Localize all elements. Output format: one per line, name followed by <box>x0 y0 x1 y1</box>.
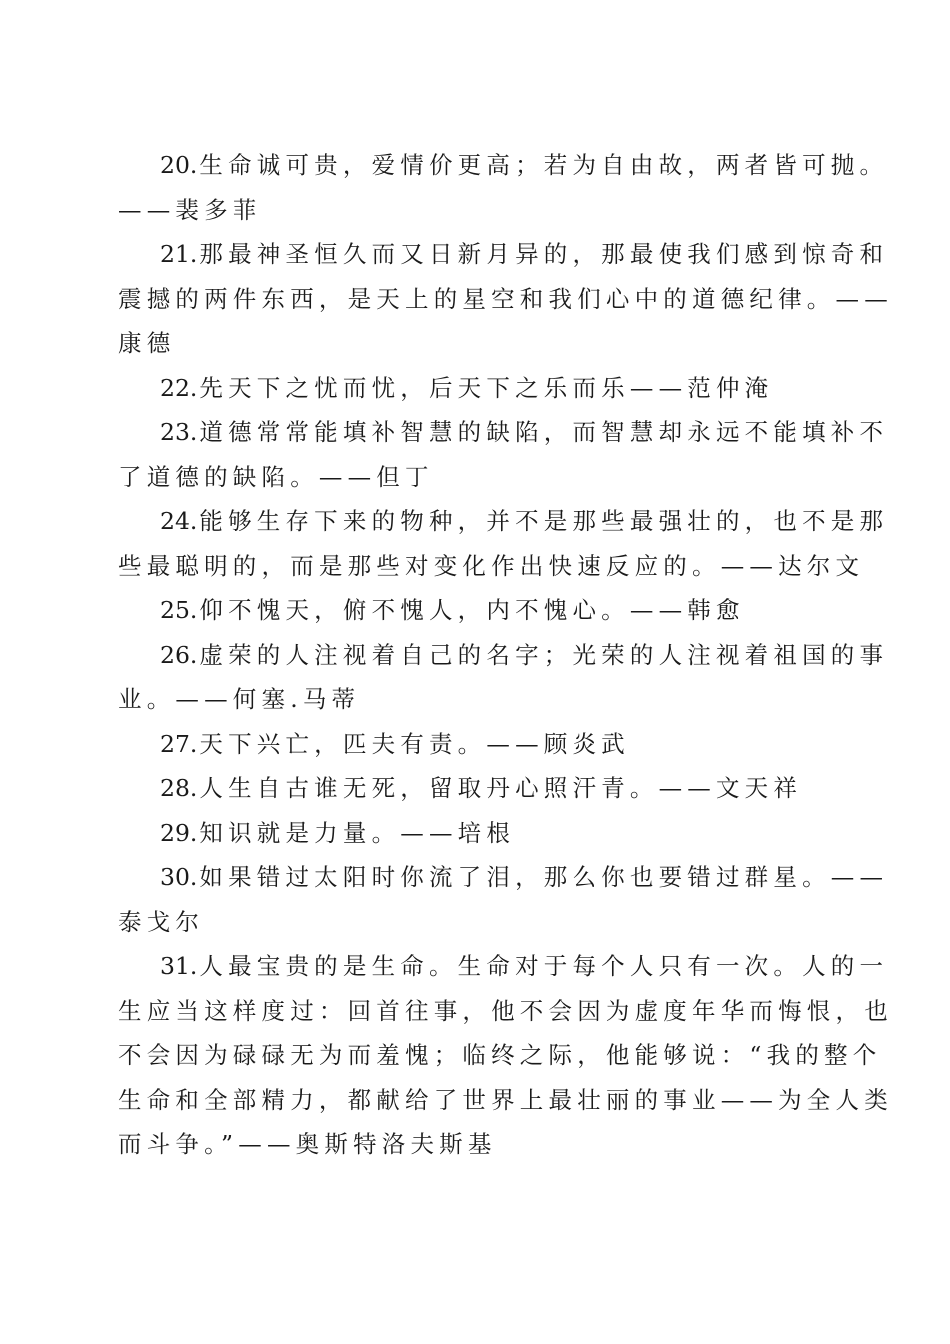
quote-item-28: 28.人生自古谁无死，留取丹心照汗青。——文天祥 <box>118 766 838 811</box>
quote-text: 天下兴亡，匹夫有责。——顾炎武 <box>199 730 630 758</box>
quote-text: 仰不愧天，俯不愧人，内不愧心。——韩愈 <box>199 596 744 624</box>
quote-number: 20. <box>160 151 197 179</box>
quote-text: 人生自古谁无死，留取丹心照汗青。——文天祥 <box>199 774 802 802</box>
document-page: 20.生命诚可贵，爱情价更高；若为自由故，两者皆可抛。 ——裴多菲 21.那最神… <box>0 0 950 1344</box>
quote-number: 25. <box>160 596 197 624</box>
quote-text: 知识就是力量。——培根 <box>199 819 515 847</box>
quote-text: 生命和全部精力，都献给了世界上最壮丽的事业——为全人类 <box>118 1078 838 1123</box>
quote-text: 不会因为碌碌无为而羞愧；临终之际，他能够说：“我的整个 <box>118 1033 838 1078</box>
quote-item-21: 21.那最神圣恒久而又日新月异的，那最使我们感到惊奇和 震撼的两件东西，是天上的… <box>118 232 838 366</box>
quote-text: ——裴多菲 <box>118 188 838 233</box>
quote-text: 虚荣的人注视着自己的名字；光荣的人注视着祖国的事 <box>199 641 888 669</box>
quote-number: 29. <box>160 819 197 847</box>
quote-number: 23. <box>160 418 197 446</box>
quote-number: 26. <box>160 641 197 669</box>
quote-number: 30. <box>160 863 197 891</box>
quote-text: 能够生存下来的物种，并不是那些最强壮的，也不是那 <box>199 507 888 535</box>
quote-text: 先天下之忧而忧，后天下之乐而乐——范仲淹 <box>199 374 773 402</box>
quote-text: 康德 <box>118 321 838 366</box>
quote-text: 业。——何塞.马蒂 <box>118 677 838 722</box>
quote-number: 27. <box>160 730 197 758</box>
quote-text: 而斗争。”——奥斯特洛夫斯基 <box>118 1122 838 1167</box>
quote-text: 震撼的两件东西，是天上的星空和我们心中的道德纪律。—— <box>118 277 838 322</box>
quote-item-26: 26.虚荣的人注视着自己的名字；光荣的人注视着祖国的事 业。——何塞.马蒂 <box>118 633 838 722</box>
quote-text: 道德常常能填补智慧的缺陷，而智慧却永远不能填补不 <box>199 418 888 446</box>
quote-list: 20.生命诚可贵，爱情价更高；若为自由故，两者皆可抛。 ——裴多菲 21.那最神… <box>118 143 838 1167</box>
quote-item-20: 20.生命诚可贵，爱情价更高；若为自由故，两者皆可抛。 ——裴多菲 <box>118 143 838 232</box>
quote-number: 28. <box>160 774 197 802</box>
quote-item-29: 29.知识就是力量。——培根 <box>118 811 838 856</box>
quote-text: 那最神圣恒久而又日新月异的，那最使我们感到惊奇和 <box>199 240 888 268</box>
quote-number: 31. <box>160 952 197 980</box>
quote-item-27: 27.天下兴亡，匹夫有责。——顾炎武 <box>118 722 838 767</box>
quote-number: 24. <box>160 507 197 535</box>
quote-text: 如果错过太阳时你流了泪，那么你也要错过群星。—— <box>199 863 888 891</box>
quote-text: 些最聪明的，而是那些对变化作出快速反应的。——达尔文 <box>118 544 838 589</box>
quote-text: 生命诚可贵，爱情价更高；若为自由故，两者皆可抛。 <box>199 151 888 179</box>
quote-text: 人最宝贵的是生命。生命对于每个人只有一次。人的一 <box>199 952 888 980</box>
quote-text: 生应当这样度过：回首往事，他不会因为虚度年华而悔恨，也 <box>118 989 838 1034</box>
quote-text: 泰戈尔 <box>118 900 838 945</box>
quote-item-30: 30.如果错过太阳时你流了泪，那么你也要错过群星。—— 泰戈尔 <box>118 855 838 944</box>
quote-item-24: 24.能够生存下来的物种，并不是那些最强壮的，也不是那 些最聪明的，而是那些对变… <box>118 499 838 588</box>
quote-item-25: 25.仰不愧天，俯不愧人，内不愧心。——韩愈 <box>118 588 838 633</box>
quote-item-22: 22.先天下之忧而忧，后天下之乐而乐——范仲淹 <box>118 366 838 411</box>
quote-item-23: 23.道德常常能填补智慧的缺陷，而智慧却永远不能填补不 了道德的缺陷。——但丁 <box>118 410 838 499</box>
quote-text: 了道德的缺陷。——但丁 <box>118 455 838 500</box>
quote-number: 22. <box>160 374 197 402</box>
quote-item-31: 31.人最宝贵的是生命。生命对于每个人只有一次。人的一 生应当这样度过：回首往事… <box>118 944 838 1167</box>
quote-number: 21. <box>160 240 197 268</box>
